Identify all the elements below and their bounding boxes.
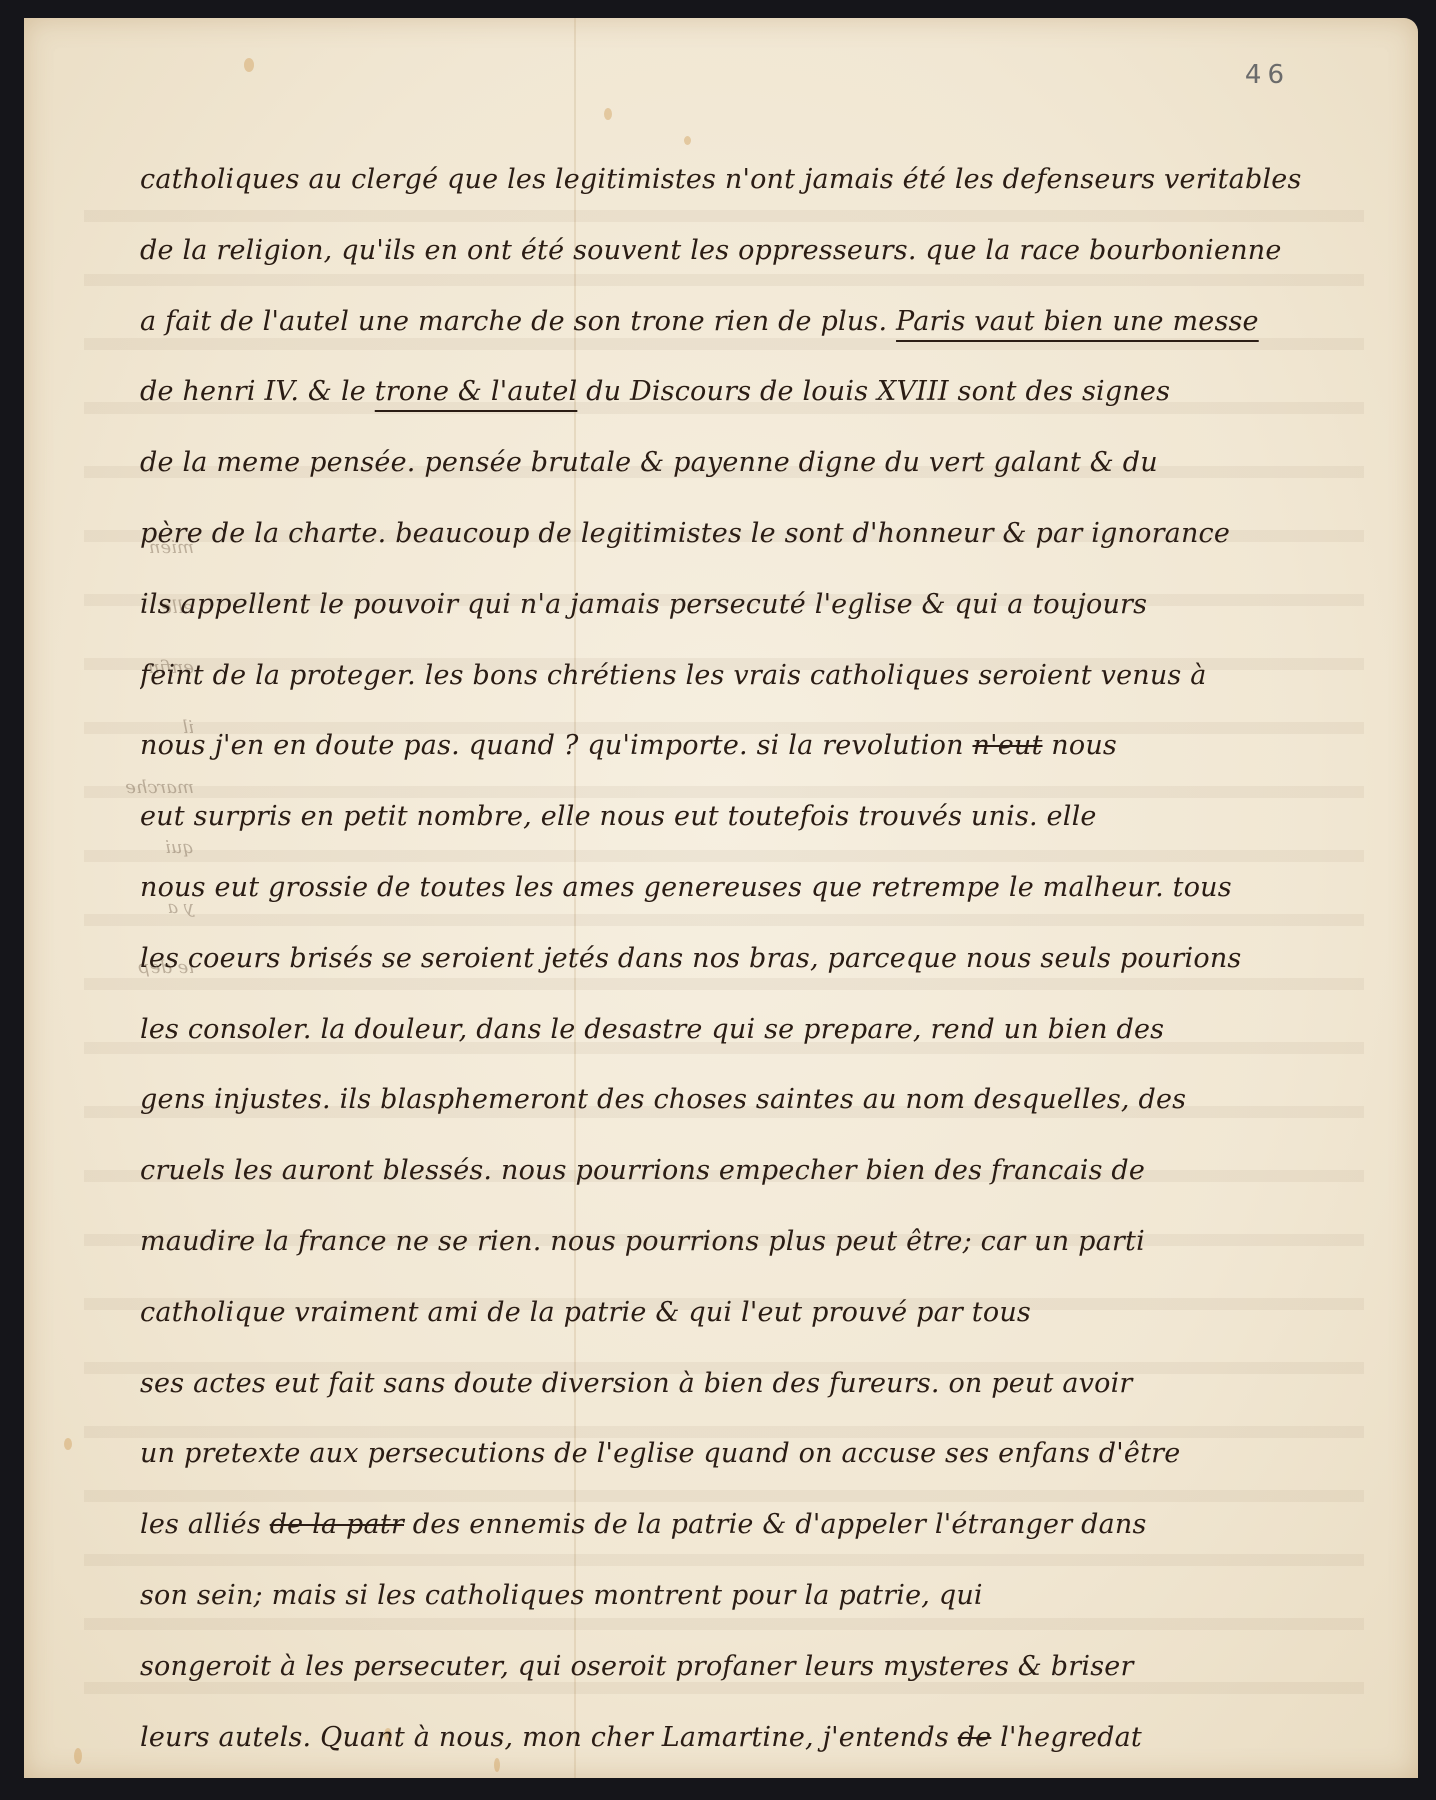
foxing-stain xyxy=(74,1748,82,1764)
struck-word: de xyxy=(958,1722,992,1753)
text-line: songeroit à les persecuter, qui oseroit … xyxy=(140,1632,1385,1703)
text-line: un pretexte aux persecutions de l'eglise… xyxy=(140,1419,1385,1490)
page-number: 46 xyxy=(1245,60,1290,90)
text-line: de la meme pensée. pensée brutale & paye… xyxy=(140,428,1385,499)
text-line: nous j'en en doute pas. quand ? qu'impor… xyxy=(140,711,1385,782)
text-line: son sein; mais si les catholiques montre… xyxy=(140,1561,1385,1632)
text-line: gens injustes. ils blasphemeront des cho… xyxy=(140,1065,1385,1136)
text-line: ses actes eut fait sans doute diversion … xyxy=(140,1349,1385,1420)
text-line: a fait de l'autel une marche de son tron… xyxy=(140,287,1385,358)
text-line: ils appellent le pouvoir qui n'a jamais … xyxy=(140,570,1385,641)
struck-word: n'eut xyxy=(972,730,1042,761)
text-line: les coeurs brisés se seroient jetés dans… xyxy=(140,924,1385,995)
text-line: eut surpris en petit nombre, elle nous e… xyxy=(140,782,1385,853)
underlined-phrase: trone & l'autel xyxy=(375,376,578,407)
text-line: les consoler. la douleur, dans le desast… xyxy=(140,995,1385,1066)
text-line: catholique vraiment ami de la patrie & q… xyxy=(140,1278,1385,1349)
text-line: les alliés de la patr des ennemis de la … xyxy=(140,1490,1385,1561)
foxing-stain xyxy=(244,58,254,72)
text-line: de henri IV. & le trone & l'autel du Dis… xyxy=(140,357,1385,428)
foxing-stain xyxy=(64,1438,72,1450)
text-line: cruels les auront blessés. nous pourrion… xyxy=(140,1136,1385,1207)
text-line: de la religion, qu'ils en ont été souven… xyxy=(140,216,1385,287)
underlined-phrase: Paris vaut bien une messe xyxy=(896,306,1259,337)
text-line: maudire la france ne se rien. nous pourr… xyxy=(140,1207,1385,1278)
handwritten-text-body: catholiques au clergé que les legitimist… xyxy=(140,145,1385,1773)
text-line: nous eut grossie de toutes les ames gene… xyxy=(140,853,1385,924)
foxing-stain xyxy=(604,108,612,120)
text-line: feint de la proteger. les bons chrétiens… xyxy=(140,641,1385,712)
foxing-stain xyxy=(684,136,691,145)
text-line: catholiques au clergé que les legitimist… xyxy=(140,145,1385,216)
struck-word: de la patr xyxy=(270,1509,404,1540)
text-line: père de la charte. beaucoup de legitimis… xyxy=(140,499,1385,570)
text-line: leurs autels. Quant à nous, mon cher Lam… xyxy=(140,1703,1385,1774)
